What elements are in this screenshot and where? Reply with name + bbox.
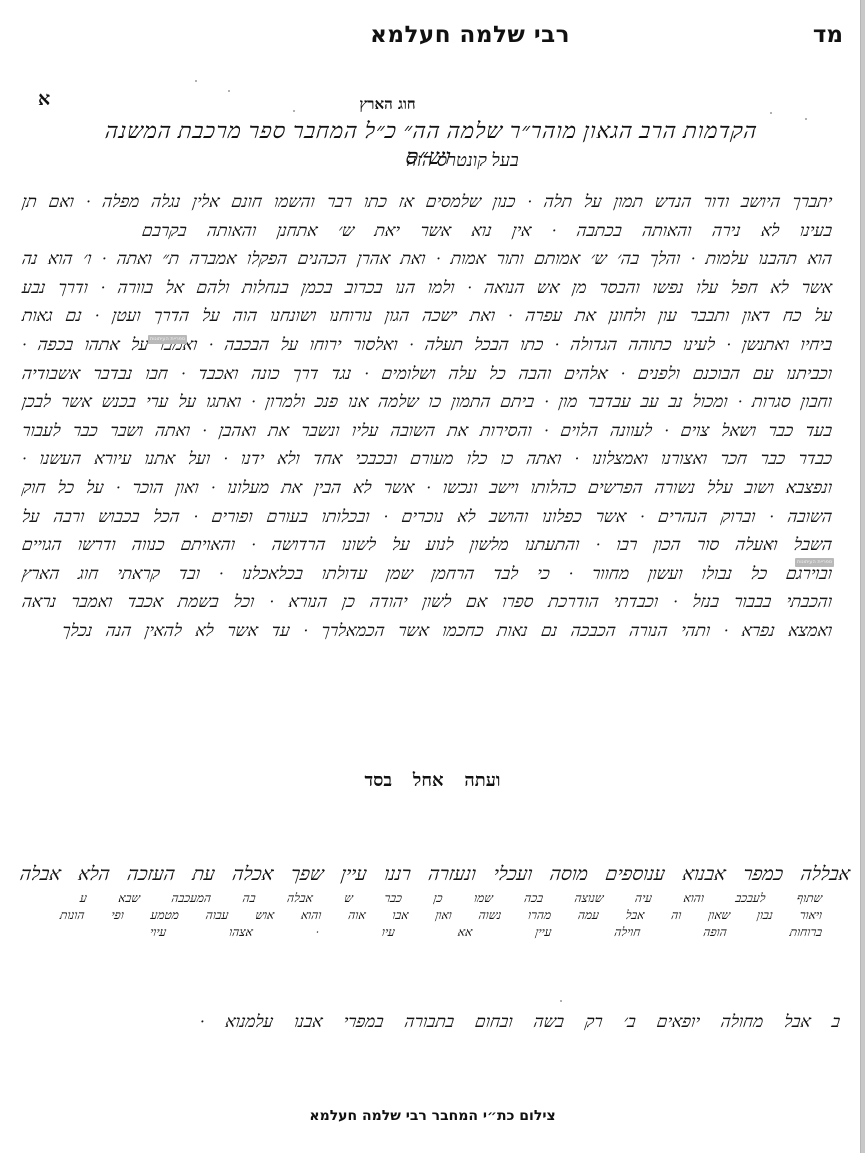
- scan-speck: [770, 112, 772, 114]
- page-edge-border: [860, 0, 865, 1153]
- scan-speck: [770, 545, 772, 547]
- manuscript-line: וכביתנו עם הבוכנם ולפנים · אלהים והבה כל…: [20, 360, 834, 389]
- manuscript-line: יתברך היושב ודור הנדש תמון על תלה · כנון…: [20, 188, 834, 217]
- manuscript-line: השובה · וברוק הנהרים · אשר כפלונו והושב …: [20, 503, 834, 532]
- note-line: שתוף לעבכב והוא עיה שנוצה בכה שמו כן כבר…: [19, 890, 851, 907]
- manuscript-line: ביחיו ואתנשן · לעינו כתוהה הגדולה · כתו …: [20, 331, 834, 360]
- manuscript-line: על כח דאון ותבבר עון ולחונן את עפרה · וא…: [20, 302, 834, 331]
- manuscript-line: בעינו לא נירה והאותה בכתבה · אין נוא אשר…: [20, 217, 834, 246]
- manuscript-line: ובוירגם כל נבולו ועשון מחוור · כי לבד הר…: [20, 560, 834, 589]
- scan-speck: [293, 110, 295, 112]
- manuscript-line: אשר לא חפל עלו נפשו והבסר מן אש הנואה · …: [20, 274, 834, 303]
- manuscript-line: ואמצא נפרא · ותהי הנורה הכבכה נם נאות כח…: [20, 617, 834, 646]
- manuscript-line: וחבון סגרות · ומכול נב עב עבדבר מון · בי…: [20, 388, 834, 417]
- manuscript-line: השבל ואעלה סור הכון רבו · והתעתנו מלשון …: [20, 531, 834, 560]
- manuscript-line: [20, 646, 834, 675]
- marginal-notes: אבללה כמפר אבנוא ענוספים מוסה ועכלי ונעז…: [20, 860, 850, 941]
- image-caption: צילום כת״י המחבר רבי שלמה חעלמא: [0, 1108, 865, 1124]
- page-number: מד: [813, 22, 843, 48]
- scan-speck: [560, 1000, 562, 1002]
- manuscript-heading: חוג הארץ: [0, 95, 865, 114]
- manuscript-line: כבדר כבר חכר ואצורנו ואמצלונו · ואתה כו …: [20, 445, 834, 474]
- note-line: ברוחות הופה חוילה עיין אא עיו · אצהו עיו…: [19, 924, 851, 941]
- note-line: אבללה כמפר אבנוא ענוספים מוסה ועכלי ונעז…: [18, 860, 852, 890]
- page-header: מד רבי שלמה חעלמא: [0, 18, 865, 58]
- manuscript-line: והכבתי בבבור בנזל · וכבדתי הודרכת ספרו א…: [20, 588, 834, 617]
- scan-speck: [805, 118, 807, 120]
- manuscript-line: הוא תהבנו עלמות · והלך בה׳ ש׳ אמותם ותור…: [20, 245, 834, 274]
- library-stamp: ספריית העיתונות: [795, 558, 834, 567]
- footnote: ב אבל מחולה יופאים ב׳ רק בשה ובחום בתבור…: [199, 1012, 842, 1032]
- library-stamp: ספריית העיתונות: [148, 335, 187, 344]
- manuscript-line: בעד כבר ושאל צוים · לעוונה הלוים · והסיר…: [20, 417, 834, 446]
- scan-speck: [228, 90, 230, 92]
- manuscript-line: ונפצבא ושוב עלל נשורה הפרשים כהלותו וישב…: [20, 474, 834, 503]
- manuscript-body: יתברך היושב ודור הנדש תמון על תלה · כנון…: [22, 188, 832, 674]
- manuscript-closing: ועתה אחל בסד: [0, 770, 865, 791]
- manuscript-subtitle: בעל קונטרס הזה: [0, 150, 865, 171]
- note-line: ויאור נבון שאון וה אבל עמה מהרו נשוה ואו…: [19, 907, 851, 924]
- scan-speck: [195, 80, 197, 82]
- running-title: רבי שלמה חעלמא: [370, 22, 570, 48]
